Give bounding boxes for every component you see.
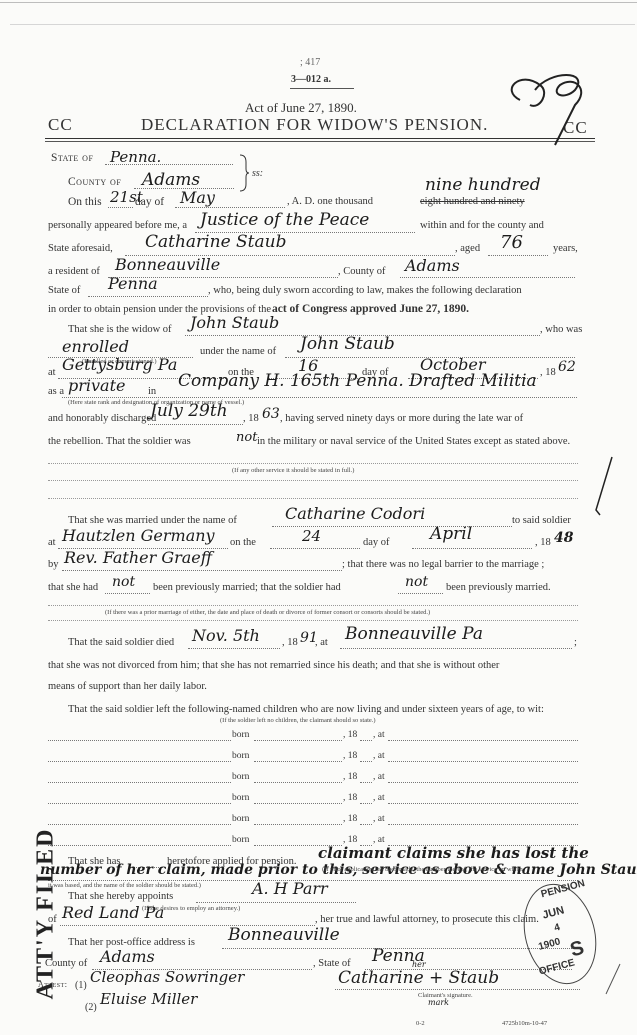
form-number: 3—012 a. bbox=[291, 74, 331, 85]
marriage-year-prefix: , 18 bbox=[535, 537, 551, 548]
month-value: May bbox=[180, 188, 215, 207]
enrolled-value: enrolled bbox=[62, 337, 129, 356]
attorney-place-value: Red Land Pa bbox=[62, 903, 164, 922]
margin-tick-icon bbox=[600, 960, 630, 1000]
child-row: born , 18 , at bbox=[48, 791, 578, 809]
rebellion-text-2: in the military or naval service of the … bbox=[257, 436, 570, 447]
attorney-line bbox=[196, 902, 356, 903]
enrolled-name-value: John Staub bbox=[300, 334, 395, 354]
month-line bbox=[175, 207, 285, 208]
footer-code-right: 4725b10m-10-47 bbox=[502, 1020, 547, 1027]
born-date-line[interactable] bbox=[254, 782, 342, 783]
born-date-line[interactable] bbox=[254, 803, 342, 804]
discharge-date-line bbox=[148, 424, 243, 425]
appoints-label: That she hereby appoints bbox=[68, 891, 173, 902]
other-service-line-3 bbox=[48, 498, 578, 499]
to-soldier-label: to said soldier bbox=[512, 515, 571, 526]
she-not-line bbox=[105, 593, 150, 594]
by-label: by bbox=[48, 559, 59, 570]
under-name-label: under the name of bbox=[200, 346, 276, 357]
born-label: born bbox=[232, 793, 249, 803]
other-service-line-2 bbox=[48, 480, 578, 481]
child-row: born , 18 , at bbox=[48, 770, 578, 788]
enroll-place-value: Gettysburg Pa bbox=[62, 355, 177, 374]
enroll-year-prefix: , 18 bbox=[540, 367, 556, 378]
at-label: at bbox=[48, 367, 56, 378]
county-of-label: , County of bbox=[338, 266, 386, 277]
witness-1-signature[interactable]: Cleophas Sowringer bbox=[90, 968, 244, 986]
born-date-line[interactable] bbox=[254, 761, 342, 762]
she-had-label: that she had bbox=[48, 582, 98, 593]
year-label: , 18 bbox=[343, 814, 357, 824]
attorney-value: A. H Parr bbox=[252, 879, 328, 898]
postmark-top-text: PENSION bbox=[540, 878, 586, 900]
child-row: born , 18 , at bbox=[48, 812, 578, 830]
at-label: , at bbox=[373, 793, 385, 803]
resident-label: a resident of bbox=[48, 266, 100, 277]
ss-label: ss: bbox=[252, 168, 263, 179]
marriage-on-the-label: on the bbox=[230, 537, 256, 548]
marriage-year-value: 48 bbox=[554, 530, 573, 546]
other-service-hint: (If any other service it should be state… bbox=[232, 467, 354, 474]
prior-hint-2: it was based, and the name of the soldie… bbox=[48, 882, 201, 889]
claimant-signature-line bbox=[335, 989, 580, 990]
margin-check-mark-icon bbox=[590, 455, 620, 525]
year-label: , 18 bbox=[343, 730, 357, 740]
witness-2-number: (2) bbox=[85, 1002, 97, 1013]
postmark-day: 4 bbox=[553, 922, 561, 934]
as-a-label: as a bbox=[48, 386, 64, 397]
year-value: nine hundred bbox=[425, 175, 541, 195]
marriage-month-value: April bbox=[430, 524, 472, 544]
born-year-line[interactable] bbox=[360, 824, 372, 825]
prior-marriage-line-2 bbox=[48, 620, 578, 621]
act-line: Act of June 27, 1890. bbox=[245, 100, 357, 116]
residence-state-value: Penna bbox=[108, 274, 158, 293]
officiant-value: Rev. Father Graeff bbox=[64, 548, 212, 567]
prior-marriage-hint: (If there was a prior marriage of either… bbox=[105, 609, 430, 616]
soldier-not-value: not bbox=[405, 574, 428, 590]
top-edge-line-2 bbox=[10, 24, 635, 25]
year-label: , 18 bbox=[343, 751, 357, 761]
born-place-line[interactable] bbox=[388, 740, 578, 741]
organization-line bbox=[62, 397, 577, 398]
discharged-label: and honorably discharged bbox=[48, 413, 156, 424]
marriage-day-line bbox=[270, 548, 360, 549]
born-year-line[interactable] bbox=[360, 740, 372, 741]
soldier-name-value: John Staub bbox=[190, 313, 279, 332]
at-label: , at bbox=[373, 751, 385, 761]
support-text: means of support than her daily labor. bbox=[48, 681, 207, 692]
enroll-year-value: 62 bbox=[558, 359, 576, 375]
state-line bbox=[105, 164, 233, 165]
prev-married-text-1: been previously married; that the soldie… bbox=[153, 582, 341, 593]
on-this-label: On this bbox=[68, 196, 102, 208]
claimant-signature[interactable]: Catharine + Staub bbox=[338, 968, 499, 988]
discharge-year-prefix: , 18 bbox=[243, 413, 259, 424]
child-name-line[interactable] bbox=[48, 803, 231, 804]
married-under-label: That she was married under the name of bbox=[68, 515, 237, 526]
discharge-date-value: July 29th bbox=[150, 401, 228, 421]
marriage-day-value: 24 bbox=[302, 527, 321, 545]
who-was-label: , who was bbox=[540, 324, 582, 335]
pension-office-postmark: PENSION JUN 4 1900 S OFFICE bbox=[513, 876, 607, 993]
state-of-label: State of bbox=[48, 285, 80, 296]
children-intro: That the said soldier left the following… bbox=[68, 704, 544, 715]
postmark-year: 1900 bbox=[537, 936, 561, 952]
struck-year-text: eight hundred and ninety bbox=[420, 196, 525, 207]
document-title: DECLARATION FOR WIDOW'S PENSION. bbox=[141, 115, 488, 135]
appeared-text: personally appeared before me, a bbox=[48, 220, 187, 231]
prior-note-line-1: claimant claims she has lost the bbox=[318, 844, 589, 862]
death-at-label: , at bbox=[315, 637, 328, 648]
born-year-line[interactable] bbox=[360, 782, 372, 783]
she-not-value: not bbox=[112, 574, 135, 590]
sworn-text: , who, being duly sworn according to law… bbox=[208, 285, 522, 296]
ad-text: , A. D. one thousand bbox=[287, 196, 373, 207]
children-hint: (If the soldier left no children, the cl… bbox=[220, 717, 376, 724]
not-divorced-text: that she was not divorced from him; that… bbox=[48, 660, 499, 671]
born-place-line[interactable] bbox=[388, 782, 578, 783]
postmark-bottom-text: OFFICE bbox=[538, 957, 576, 977]
residence-state-line bbox=[88, 296, 208, 297]
claimant-name-value: Catharine Staub bbox=[145, 232, 286, 252]
death-date-line bbox=[188, 648, 280, 649]
soldier-not-line bbox=[398, 593, 443, 594]
maiden-name-value: Catharine Codori bbox=[285, 504, 425, 523]
at-label: , at bbox=[373, 814, 385, 824]
prior-marriage-line bbox=[48, 605, 578, 606]
rank-value: private bbox=[68, 376, 125, 395]
post-office-value: Bonneauville bbox=[228, 925, 340, 945]
death-place-value: Bonneauville Pa bbox=[345, 624, 483, 644]
residence-county-line bbox=[400, 277, 575, 278]
year-label: , 18 bbox=[343, 793, 357, 803]
top-edge-line bbox=[0, 2, 637, 3]
within-text: within and for the county and bbox=[420, 220, 544, 231]
born-label: born bbox=[232, 730, 249, 740]
death-year-prefix: , 18 bbox=[282, 637, 298, 648]
marriage-day-of-label: day of bbox=[363, 537, 390, 548]
at-label: , at bbox=[373, 730, 385, 740]
child-name-line[interactable] bbox=[48, 845, 231, 846]
county-label: County of bbox=[68, 176, 121, 188]
state-label: State of bbox=[51, 152, 93, 164]
child-name-line[interactable] bbox=[48, 782, 231, 783]
death-place-line bbox=[340, 648, 572, 649]
years-label: years, bbox=[553, 243, 578, 254]
born-year-line[interactable] bbox=[360, 803, 372, 804]
born-label: born bbox=[232, 751, 249, 761]
child-name-line[interactable] bbox=[48, 740, 231, 741]
age-value: 76 bbox=[500, 232, 523, 253]
served-text: , having served ninety days or more duri… bbox=[280, 413, 523, 424]
born-place-line[interactable] bbox=[388, 761, 578, 762]
prev-married-text-2: been previously married. bbox=[446, 582, 551, 593]
witness-2-signature[interactable]: Eluise Miller bbox=[100, 990, 197, 1008]
address-county-value: Adams bbox=[100, 947, 155, 966]
year-label: , 18 bbox=[343, 772, 357, 782]
born-label: born bbox=[232, 835, 249, 845]
footer-code-left: 0-2 bbox=[416, 1020, 425, 1027]
officiant-line bbox=[62, 570, 342, 571]
initials-scribble-icon bbox=[480, 30, 600, 150]
born-year-line[interactable] bbox=[360, 761, 372, 762]
marriage-month-line bbox=[412, 548, 532, 549]
child-row: born , 18 , at bbox=[48, 728, 578, 746]
born-place-line[interactable] bbox=[388, 803, 578, 804]
atty-filed-stamp: ATT'Y FILED bbox=[33, 827, 60, 999]
brace-icon bbox=[238, 154, 250, 192]
header-short-rule bbox=[290, 88, 354, 89]
born-date-line[interactable] bbox=[254, 824, 342, 825]
at-label: , at bbox=[373, 772, 385, 782]
state-aforesaid-label: State aforesaid, bbox=[48, 243, 113, 254]
stamp-number: ; 417 bbox=[300, 57, 320, 68]
discharge-year-value: 63 bbox=[262, 406, 280, 422]
born-date-line[interactable] bbox=[254, 740, 342, 741]
legal-barrier-text: ; that there was no legal barrier to the… bbox=[342, 559, 544, 570]
mark-label: mark bbox=[428, 998, 449, 1007]
born-place-line[interactable] bbox=[388, 824, 578, 825]
official-value: Justice of the Peace bbox=[200, 210, 369, 230]
death-semicolon: ; bbox=[574, 637, 577, 648]
organization-value: Company H. 165th Penna. Drafted Militia bbox=[178, 371, 537, 391]
witness-1-number: (1) bbox=[75, 980, 87, 991]
day-of-label: day of bbox=[135, 196, 164, 208]
born-label: born bbox=[232, 814, 249, 824]
cc-left: CC bbox=[48, 115, 73, 135]
prior-hint-1: (If prior application has been made, the… bbox=[322, 866, 523, 873]
aged-label: , aged bbox=[455, 243, 480, 254]
residence-value: Bonneauville bbox=[115, 255, 220, 274]
born-label: born bbox=[232, 772, 249, 782]
died-label: That the said soldier died bbox=[68, 637, 174, 648]
not-in-service-value: not bbox=[236, 430, 257, 445]
rebellion-text-1: the rebellion. That the soldier was bbox=[48, 436, 191, 447]
postmark-month: JUN bbox=[541, 904, 565, 921]
marriage-place-value: Hautzlen Germany bbox=[62, 526, 215, 545]
her-mark-label: her bbox=[412, 960, 426, 969]
pension-declaration-page: ; 417 3—012 a. Act of June 27, 1890. CC … bbox=[0, 0, 637, 1035]
other-service-line-1 bbox=[48, 463, 578, 464]
death-date-value: Nov. 5th bbox=[192, 626, 260, 645]
day-line bbox=[108, 207, 133, 208]
widow-of-label: That she is the widow of bbox=[68, 324, 172, 335]
in-label: in bbox=[148, 386, 156, 397]
county-value: Adams bbox=[142, 170, 200, 190]
lawful-attorney-text: , her true and lawful attorney, to prose… bbox=[315, 914, 539, 925]
act-of-congress-text: act of Congress approved June 27, 1890. bbox=[272, 303, 469, 315]
age-line bbox=[488, 255, 548, 256]
child-name-line[interactable] bbox=[48, 824, 231, 825]
child-row: born , 18 , at bbox=[48, 749, 578, 767]
residence-county-value: Adams bbox=[405, 256, 460, 275]
child-name-line[interactable] bbox=[48, 761, 231, 762]
marriage-at-label: at bbox=[48, 537, 56, 548]
